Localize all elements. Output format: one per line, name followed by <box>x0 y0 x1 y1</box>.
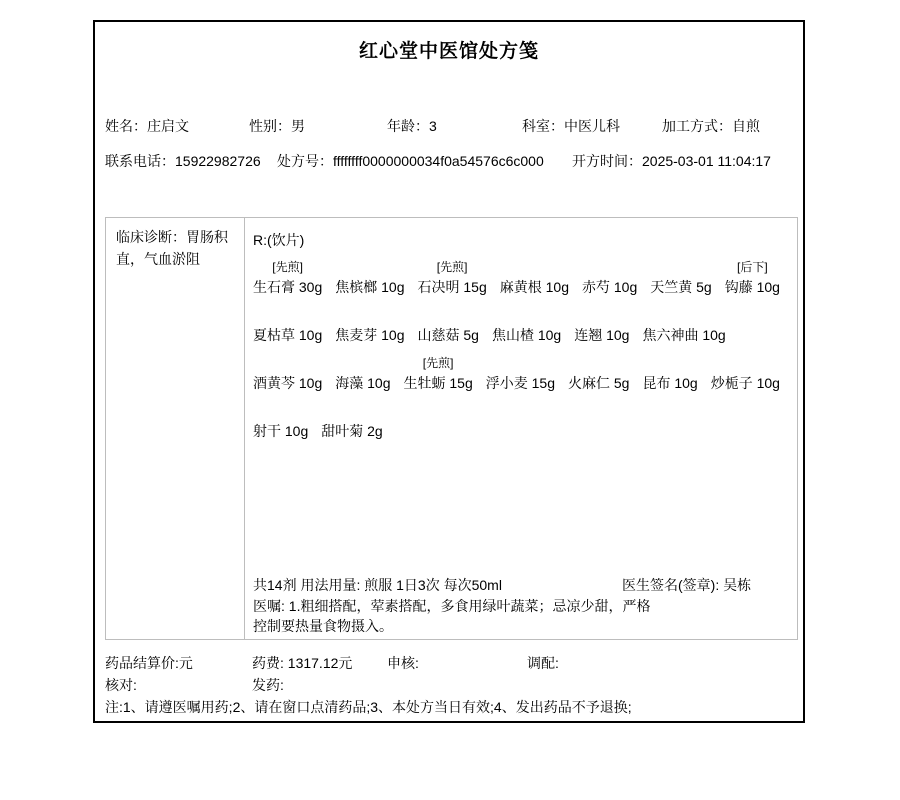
herb-name: 焦六神曲 10g <box>642 325 725 346</box>
herb-row: [先煎]生石膏 30g 焦槟榔 10g[先煎]石决明 15g 麻黄根 10g 赤… <box>253 258 789 298</box>
issue-time-field: 开方时间：2025-03-01 11:04:17 <box>572 152 771 170</box>
herb-item: 炒栀子 10g <box>711 354 780 394</box>
herb-decoction-annotation <box>574 306 629 325</box>
herb-item: 山慈菇 5g <box>418 306 479 346</box>
herb-item: [先煎]生石膏 30g <box>253 258 322 298</box>
herb-decoction-annotation <box>582 258 637 277</box>
patient-age-field: 年龄：3 <box>387 117 437 135</box>
herb-decoction-annotation <box>335 354 390 373</box>
prescription-number-field: 处方号：ffffffff0000000034f0a54576c6c000 <box>277 152 544 170</box>
herb-decoction-annotation <box>321 402 382 421</box>
herb-item: 焦槟榔 10g <box>335 258 404 298</box>
herb-name: 焦槟榔 10g <box>335 277 404 298</box>
herb-list: [先煎]生石膏 30g 焦槟榔 10g[先煎]石决明 15g 麻黄根 10g 赤… <box>253 258 789 442</box>
patient-sex-field: 性别：男 <box>249 117 305 135</box>
herb-name: 连翘 10g <box>574 325 629 346</box>
footer-note: 注:1、请遵医嘱用药;2、请在窗口点清药品;3、本处方当日有效;4、发出药品不予… <box>105 698 632 716</box>
herb-row: 酒黄芩 10g 海藻 10g[先煎]生牡蛎 15g 浮小麦 15g 火麻仁 5g… <box>253 354 789 394</box>
herb-name: 钩藤 10g <box>725 277 780 298</box>
rx-bottom-block: 共14剂 用法用量: 煎服 1日3次 每次50ml 医生签名(签章): 吴栋 医… <box>253 576 789 636</box>
herb-decoction-annotation: [后下] <box>725 258 780 277</box>
herb-item: 昆布 10g <box>642 354 697 394</box>
herb-decoction-annotation <box>642 306 725 325</box>
herb-item: 赤芍 10g <box>582 258 637 298</box>
processing-method-field: 加工方式：自煎 <box>662 117 760 135</box>
herb-name: 焦麦芽 10g <box>335 325 404 346</box>
patient-name-field: 姓名：庄启文 <box>105 117 189 135</box>
herb-row: 夏枯草 10g 焦麦芽 10g 山慈菇 5g 焦山楂 10g 连翘 10g 焦六… <box>253 306 789 346</box>
herb-item: 夏枯草 10g <box>253 306 322 346</box>
contact-phone-field: 联系电话：15922982726 <box>105 152 261 170</box>
herb-item: [后下]钩藤 10g <box>725 258 780 298</box>
herb-decoction-annotation <box>486 354 555 373</box>
herb-decoction-annotation <box>335 258 404 277</box>
herb-decoction-annotation <box>492 306 561 325</box>
herb-item: 焦麦芽 10g <box>335 306 404 346</box>
herb-item: 火麻仁 5g <box>568 354 629 394</box>
dispense-field: 发药: <box>252 676 284 694</box>
herb-name: 赤芍 10g <box>582 277 637 298</box>
review-field: 申核: <box>387 654 419 672</box>
check-field: 核对: <box>105 676 137 694</box>
herb-name: 酒黄芩 10g <box>253 373 322 394</box>
herb-name: 石决明 15g <box>418 277 487 298</box>
herb-item: [先煎]生牡蛎 15g <box>404 354 473 394</box>
page-title: 红心堂中医馆处方笺 <box>95 36 803 63</box>
rx-detail-cell: R:(饮片) [先煎]生石膏 30g 焦槟榔 10g[先煎]石决明 15g 麻黄… <box>245 218 797 639</box>
herb-decoction-annotation <box>335 306 404 325</box>
herb-decoction-annotation: [先煎] <box>404 354 473 373</box>
herb-name: 生石膏 30g <box>253 277 322 298</box>
herb-item: 海藻 10g <box>335 354 390 394</box>
herb-decoction-annotation <box>568 354 629 373</box>
herb-decoction-annotation <box>253 402 308 421</box>
settlement-price-field: 药品结算价:元 <box>105 654 193 672</box>
herb-name: 麻黄根 10g <box>500 277 569 298</box>
doctor-signature: 医生签名(签章): 吴栋 <box>622 576 751 595</box>
herb-item: 连翘 10g <box>574 306 629 346</box>
herb-name: 生牡蛎 15g <box>404 373 473 394</box>
herb-decoction-annotation <box>253 354 322 373</box>
herb-decoction-annotation <box>650 258 711 277</box>
herb-name: 炒栀子 10g <box>711 373 780 394</box>
herb-decoction-annotation <box>711 354 780 373</box>
clinical-diagnosis: 临床诊断：胃肠积直，气血淤阻 <box>106 218 245 639</box>
herb-item: 射干 10g <box>253 402 308 442</box>
herb-item: 天竺黄 5g <box>650 258 711 298</box>
herb-name: 焦山楂 10g <box>492 325 561 346</box>
herb-item: 甜叶菊 2g <box>321 402 382 442</box>
rx-header: R:(饮片) <box>253 231 789 249</box>
herb-name: 浮小麦 15g <box>486 373 555 394</box>
herb-item: [先煎]石决明 15g <box>418 258 487 298</box>
herb-name: 山慈菇 5g <box>418 325 479 346</box>
herb-item: 焦山楂 10g <box>492 306 561 346</box>
herb-decoction-annotation: [先煎] <box>418 258 487 277</box>
herb-decoction-annotation: [先煎] <box>253 258 322 277</box>
medical-advice: 医嘱: 1.粗细搭配，荤素搭配，多食用绿叶蔬菜；忌凉少甜，严格控制要热量食物摄入… <box>253 596 651 636</box>
herb-decoction-annotation <box>253 306 322 325</box>
prescription-page: 红心堂中医馆处方笺 姓名：庄启文 性别：男 年龄：3 科室：中医儿科 加工方式：… <box>93 20 805 723</box>
herb-row: 射干 10g 甜叶菊 2g <box>253 402 789 442</box>
herb-item: 浮小麦 15g <box>486 354 555 394</box>
prepare-field: 调配: <box>527 654 559 672</box>
prescription-body-box: 临床诊断：胃肠积直，气血淤阻 R:(饮片) [先煎]生石膏 30g 焦槟榔 10… <box>105 217 798 640</box>
herb-item: 麻黄根 10g <box>500 258 569 298</box>
herb-decoction-annotation <box>642 354 697 373</box>
herb-name: 射干 10g <box>253 421 308 442</box>
herb-name: 天竺黄 5g <box>650 277 711 298</box>
herb-item: 酒黄芩 10g <box>253 354 322 394</box>
medicine-fee-field: 药费: 1317.12元 <box>252 654 352 672</box>
department-field: 科室：中医儿科 <box>522 117 620 135</box>
herb-item: 焦六神曲 10g <box>642 306 725 346</box>
herb-decoction-annotation <box>500 258 569 277</box>
herb-name: 海藻 10g <box>335 373 390 394</box>
herb-name: 甜叶菊 2g <box>321 421 382 442</box>
herb-name: 夏枯草 10g <box>253 325 322 346</box>
herb-decoction-annotation <box>418 306 479 325</box>
herb-name: 昆布 10g <box>642 373 697 394</box>
herb-name: 火麻仁 5g <box>568 373 629 394</box>
